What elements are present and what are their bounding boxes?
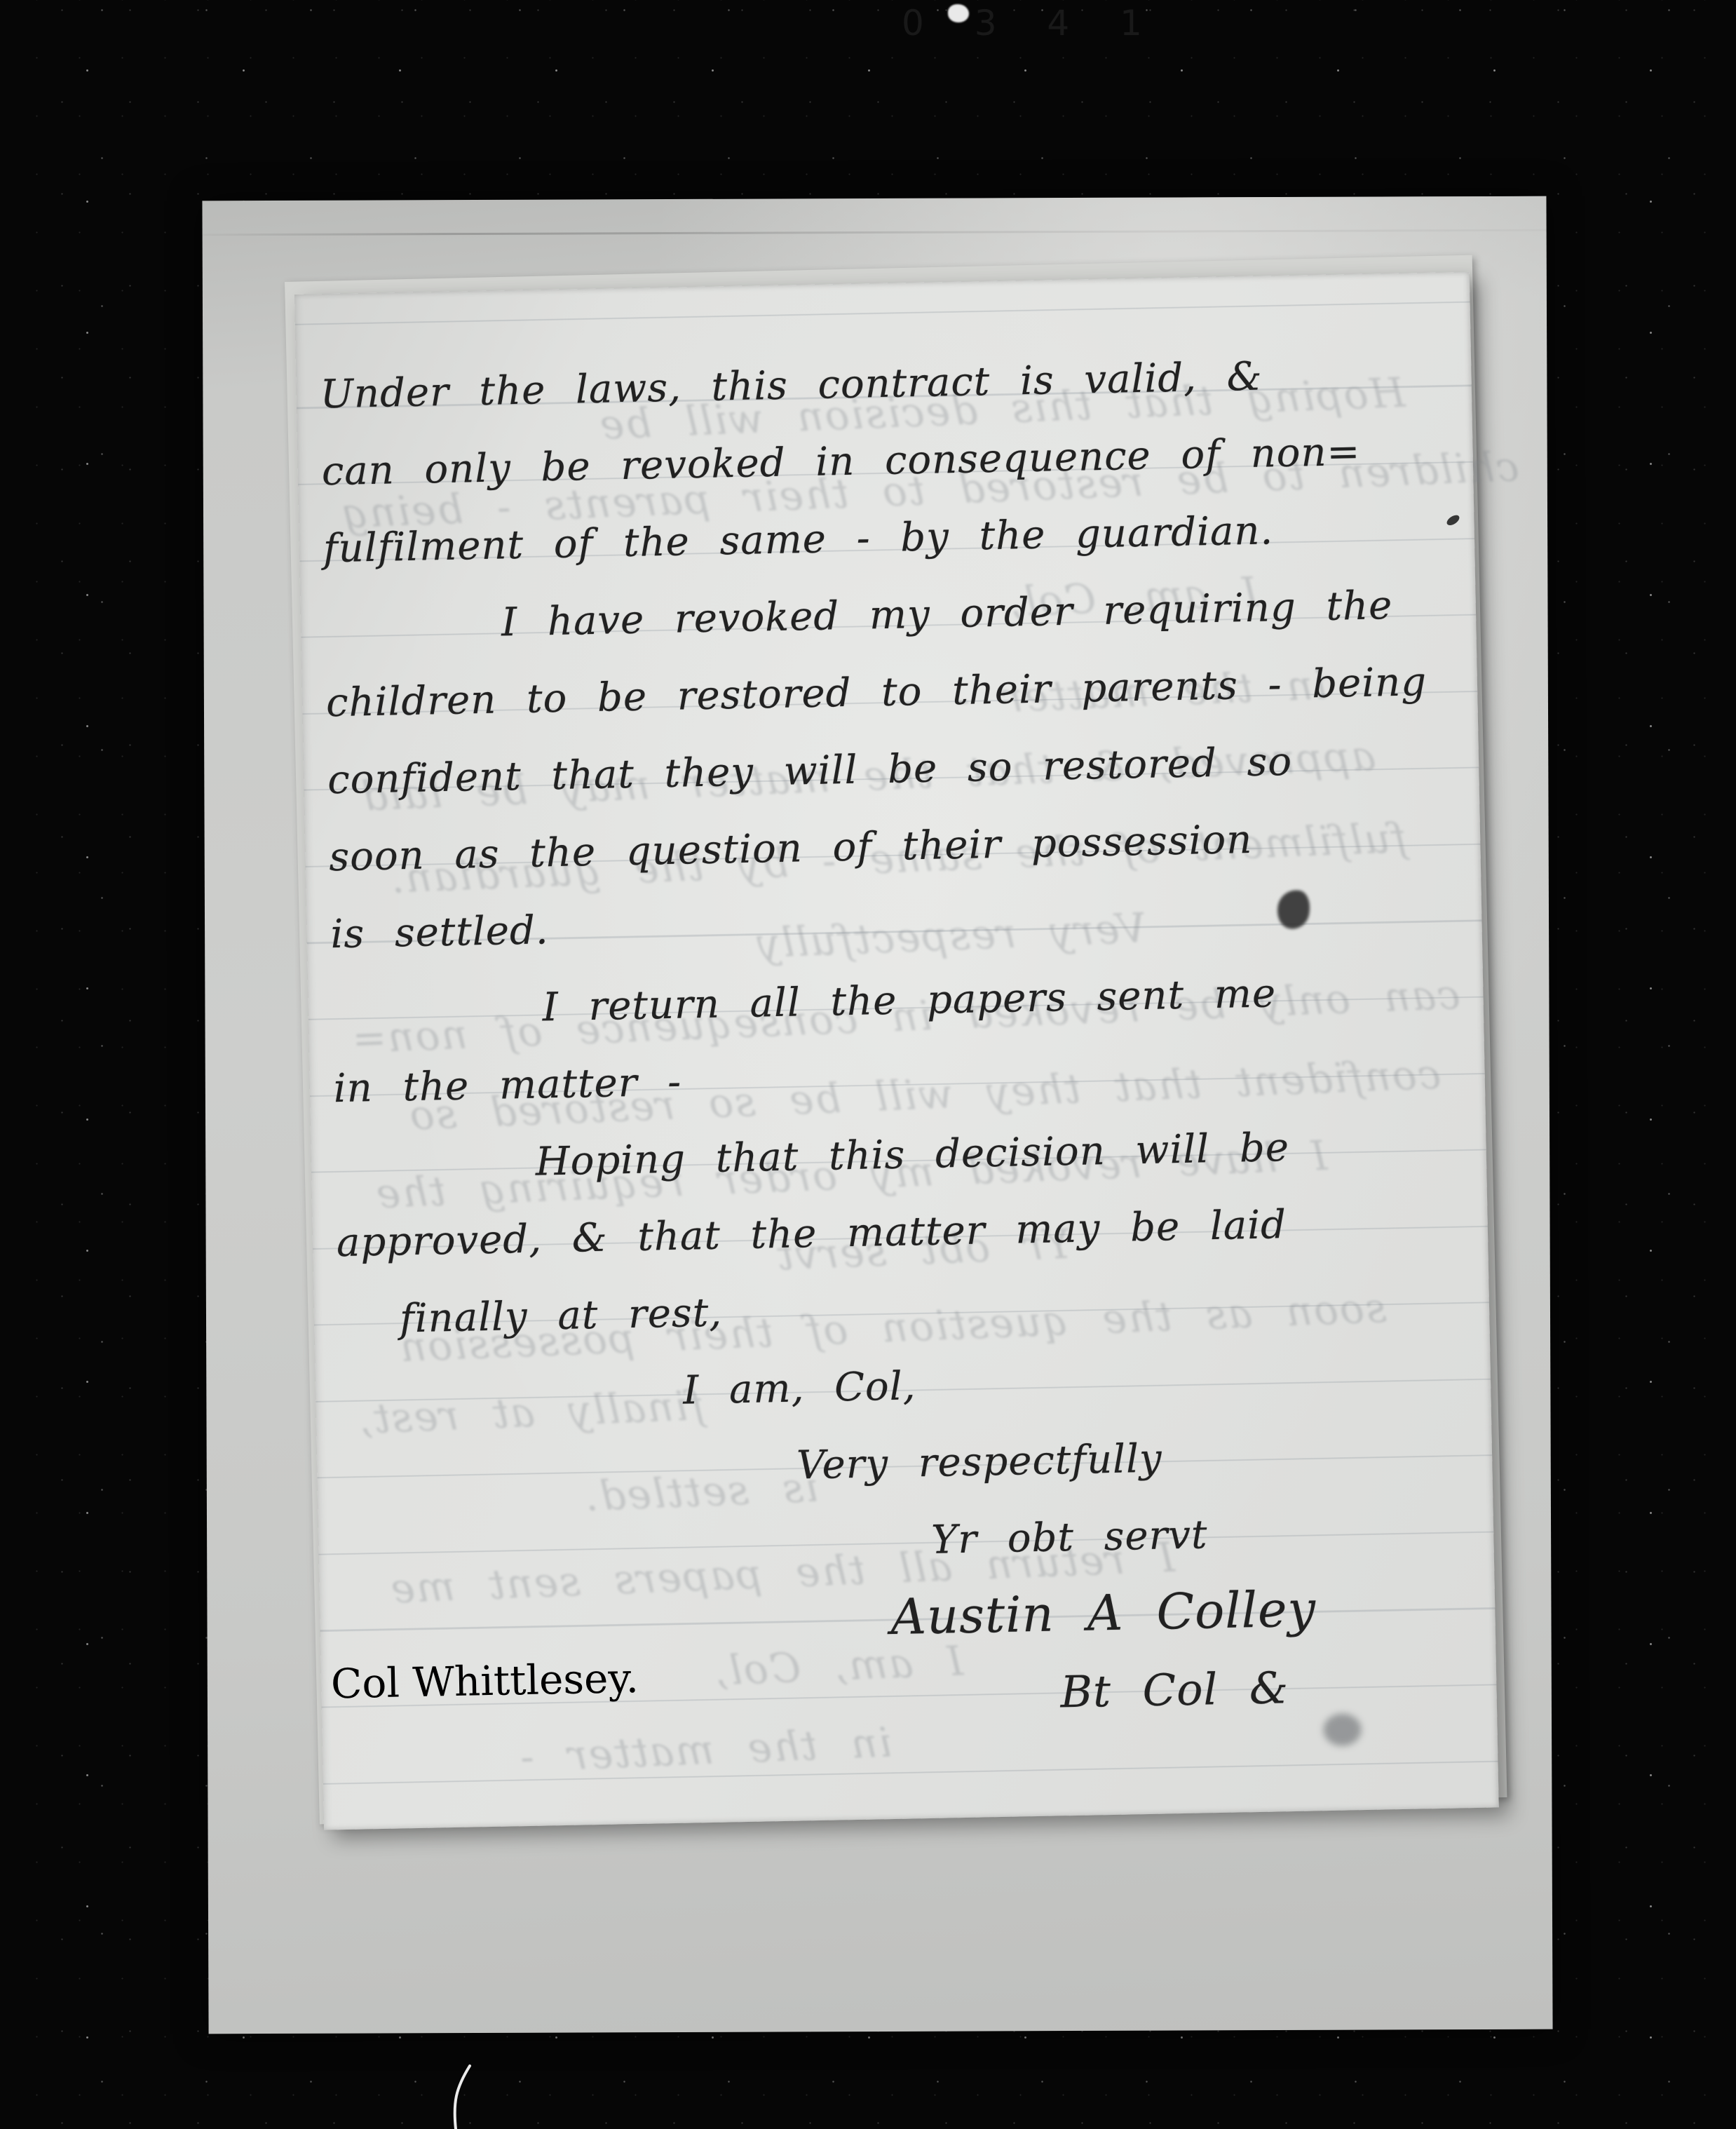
addressee-line: Col Whittlesey. (330, 1642, 639, 1724)
handwriting-layer: Under the laws, this contract is valid, … (320, 337, 1489, 1830)
film-scratch-artifact (446, 2059, 495, 2129)
frame-number-marking: 0 3 4 1 (902, 3, 1162, 43)
letter-page: Hoping that this decision will be childr… (294, 272, 1499, 1830)
closing-line: Very respectfully (796, 1417, 1483, 1507)
signature-rank: Bt Col & (1059, 1648, 1487, 1733)
closing-line: Yr obt servt (930, 1494, 1484, 1581)
scanned-letter-page: 0 3 4 1 Hoping that this decision will b… (0, 0, 1736, 2129)
white-speck-artifact (948, 4, 969, 22)
signature: Austin A Colley (890, 1571, 1486, 1659)
closing-line: I am, Col, (682, 1339, 1481, 1432)
